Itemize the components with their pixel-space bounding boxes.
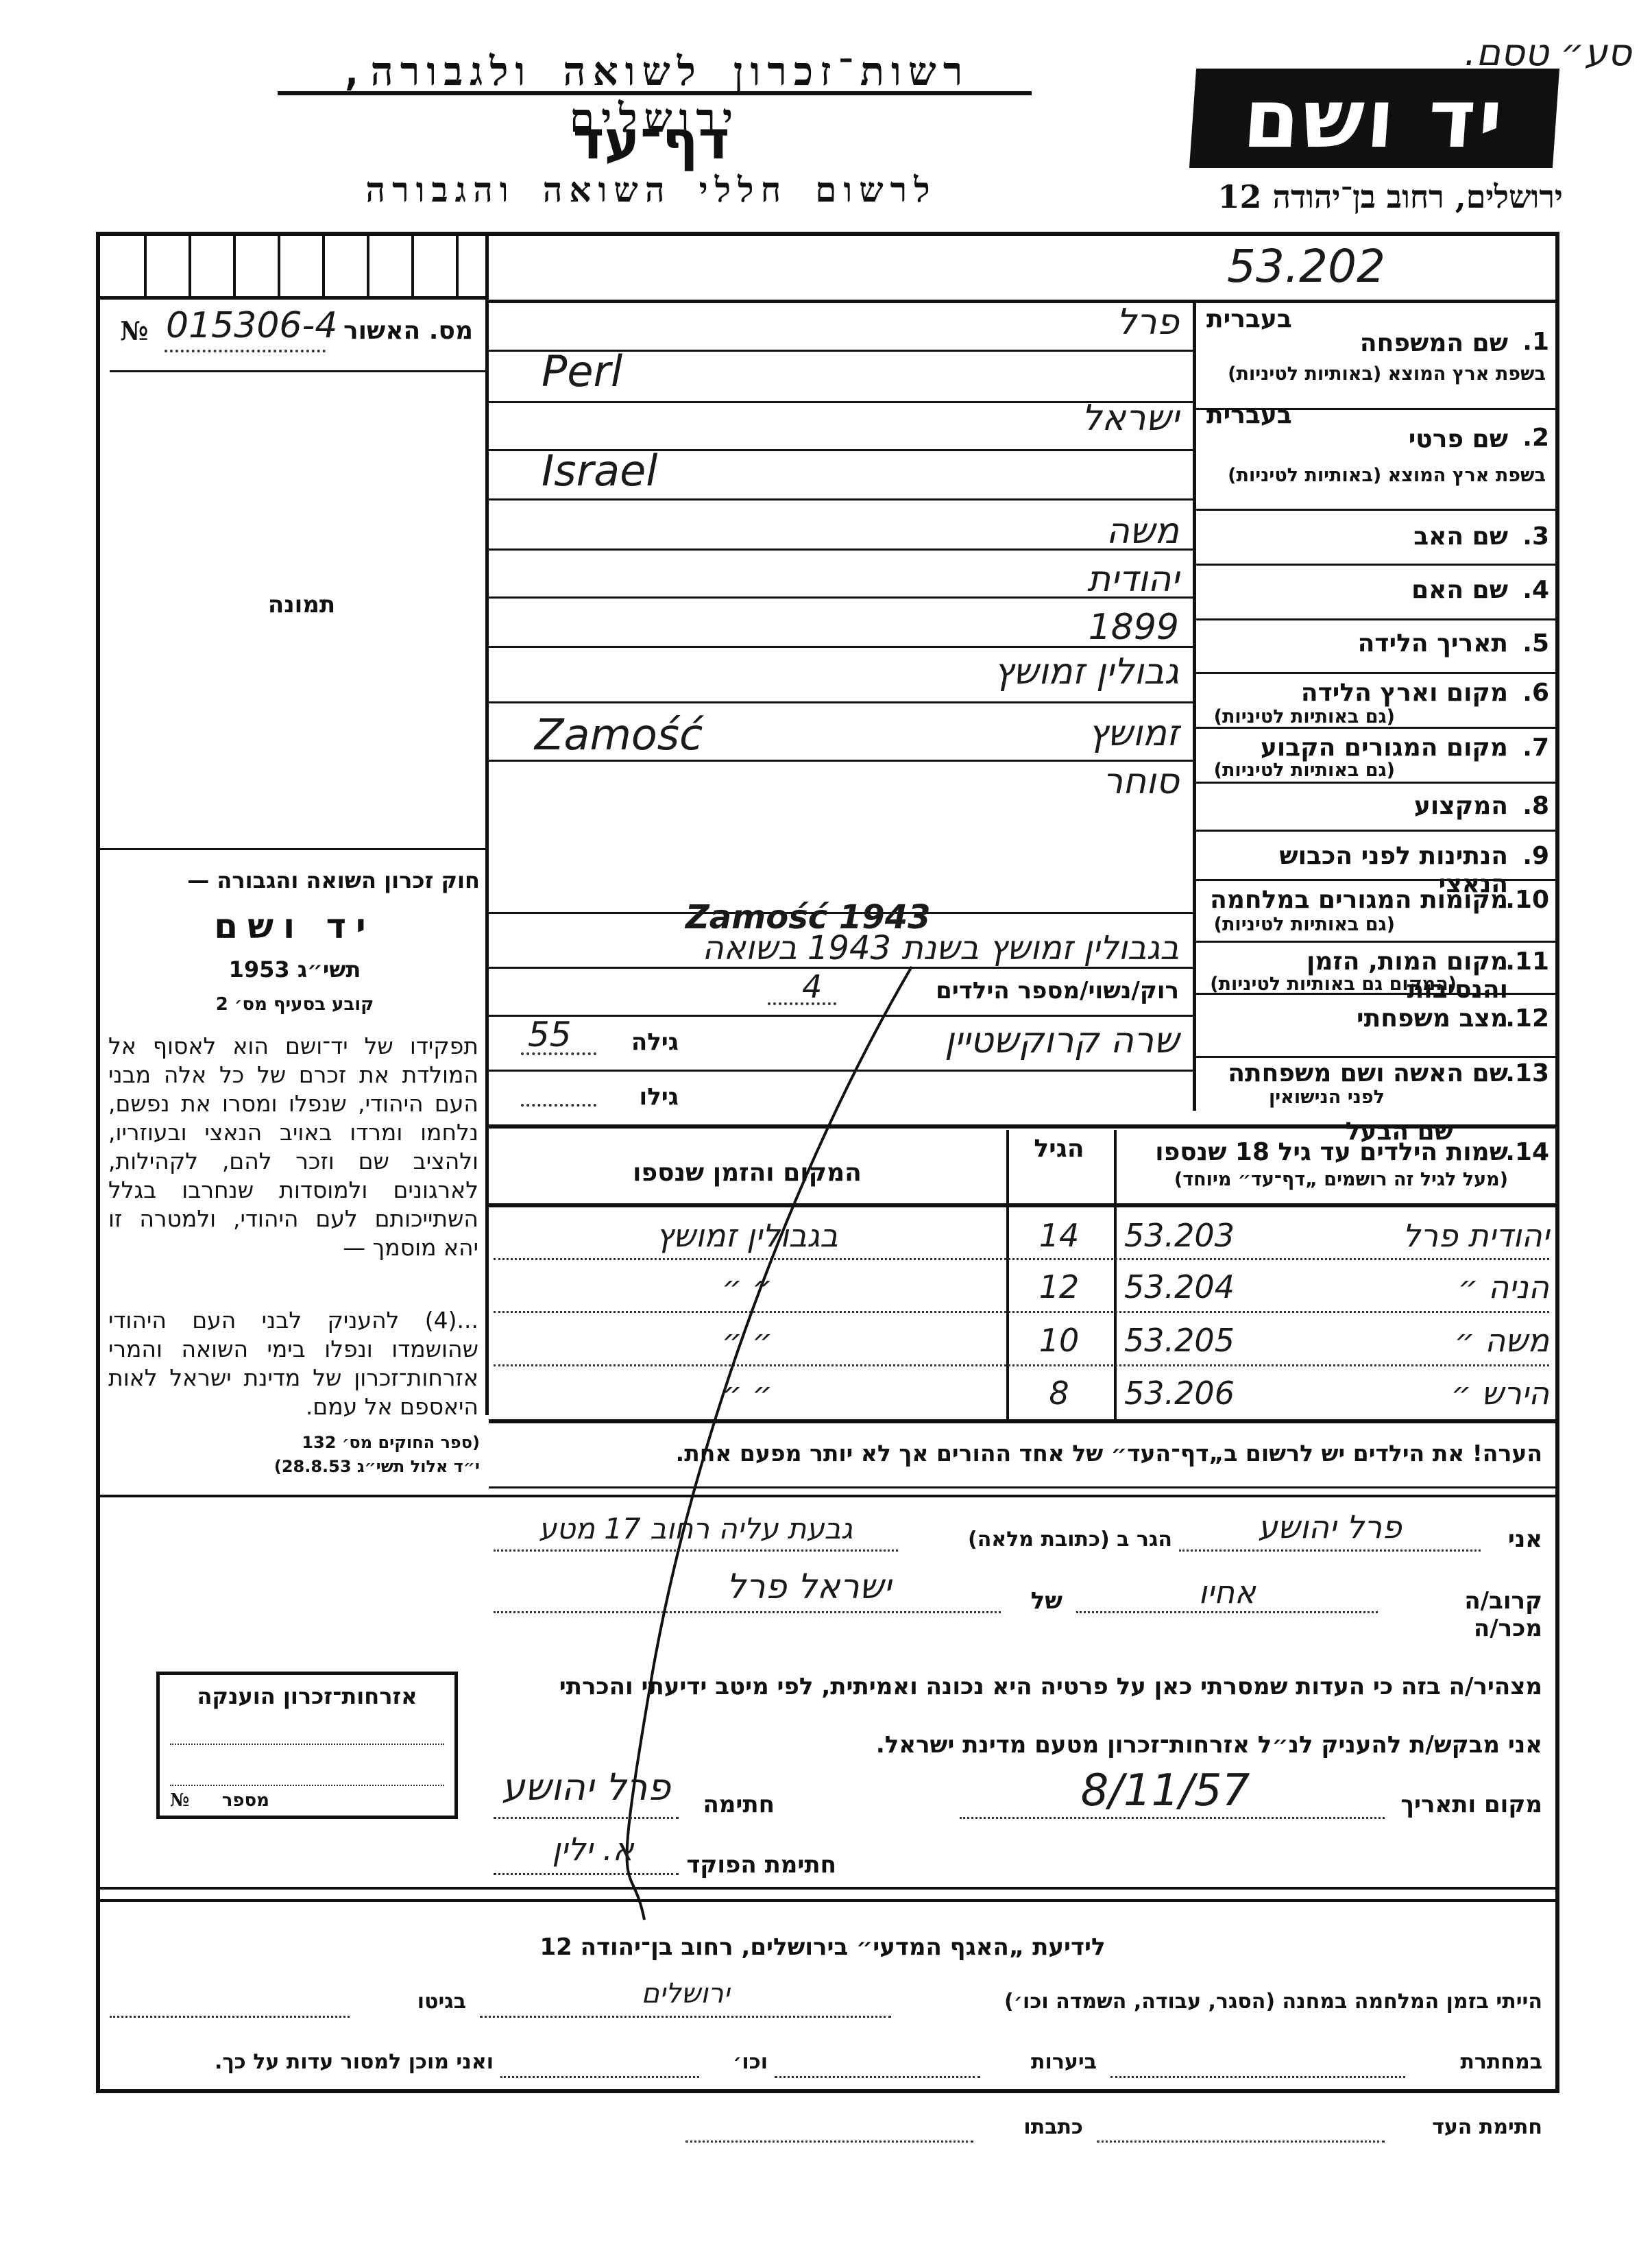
officer-dotted [494,1873,679,1875]
etc-label: וכו׳ [706,2050,768,2074]
pen-stroke-icon [0,0,1652,2255]
of-label: של [1015,1587,1062,1615]
place-date-label: מקום ותאריך [1398,1791,1542,1818]
relation-dotted [1076,1611,1378,1613]
etc-dotted [500,2076,699,2078]
citizenship-number-label: מספר [201,1790,269,1811]
officer-signature-label: חתימת הפוקד [685,1851,836,1879]
address-field[interactable]: גבעת עליה רחוב 17 מטע [494,1512,898,1545]
footer-rule-1 [100,1887,1559,1890]
footer-title: לידיעת „האגף המדעי״ בירושלים, רחוב בן־יה… [274,1933,1371,1961]
deceased-name-field[interactable]: ישראל פרל [617,1567,1001,1606]
citizenship-number-sign: № [170,1790,189,1811]
camp-dotted [480,2016,891,2018]
ghetto-label: בגיטו [356,1990,466,2014]
citizenship-box: אזרחות־זכרון הוענקה № מספר [156,1672,458,1819]
citizenship-request: אני מבקש/ת להעניק לנ״ל אזרחות־זכרון מטעם… [507,1731,1542,1759]
signature-dotted [494,1817,679,1819]
forests-dotted [775,2076,980,2078]
declarant-label: אני [1494,1526,1542,1553]
signature-label: חתימה [685,1791,775,1818]
place-date-dotted [960,1817,1385,1819]
witness-address-dotted [685,2141,973,2143]
declaration-top-rule [100,1495,1559,1497]
testimony-offer-text: ואני מוכן למסור עדות על כך. [103,2050,494,2074]
citizenship-box-line [170,1744,444,1745]
deceased-dotted [494,1611,1001,1613]
forests-label: ביערות [994,2050,1097,2074]
camp-field[interactable]: ירושלים [480,1978,891,2010]
children-note: הערה! את הילדים יש לרשום ב„דף־העד״ של אח… [507,1440,1542,1467]
relation-field[interactable]: אחיו [1076,1573,1378,1611]
declarant-dotted [1179,1549,1481,1552]
ghetto-dotted [110,2016,350,2018]
witness-signature-dotted [1097,2141,1385,2143]
citizenship-box-title: אזרחות־זכרון הוענקה [160,1683,454,1709]
officer-signature-field[interactable]: א. ילין [507,1831,679,1868]
relation-label: קרוב/ה מכר/ה [1392,1587,1542,1642]
footer-rule-2 [100,1899,1559,1902]
declarant-name-field[interactable]: פרל יהושע [1179,1508,1481,1545]
address-dotted [494,1549,898,1552]
signature-field[interactable]: פרל יהושע [494,1765,679,1809]
underground-label: במחתרת [1419,2050,1542,2074]
declaration-statement: מצהיר/ה בזה כי העדות שמסרתי כאן על פרטיה… [507,1673,1542,1700]
underground-dotted [1110,2076,1405,2078]
witness-signature-label: חתימת העד [1398,2115,1542,2139]
address-label: הגר ב (כתובת מלאה) [905,1528,1172,1552]
citizenship-box-line [170,1785,444,1786]
place-date-field[interactable]: 8/11/57 [960,1765,1371,1816]
witness-address-label: כתבתו [980,2115,1083,2139]
note-rule [489,1486,1559,1488]
camp-label: הייתי בזמן המלחמה במחנה (הסגר, עבודה, הש… [905,1990,1542,2014]
